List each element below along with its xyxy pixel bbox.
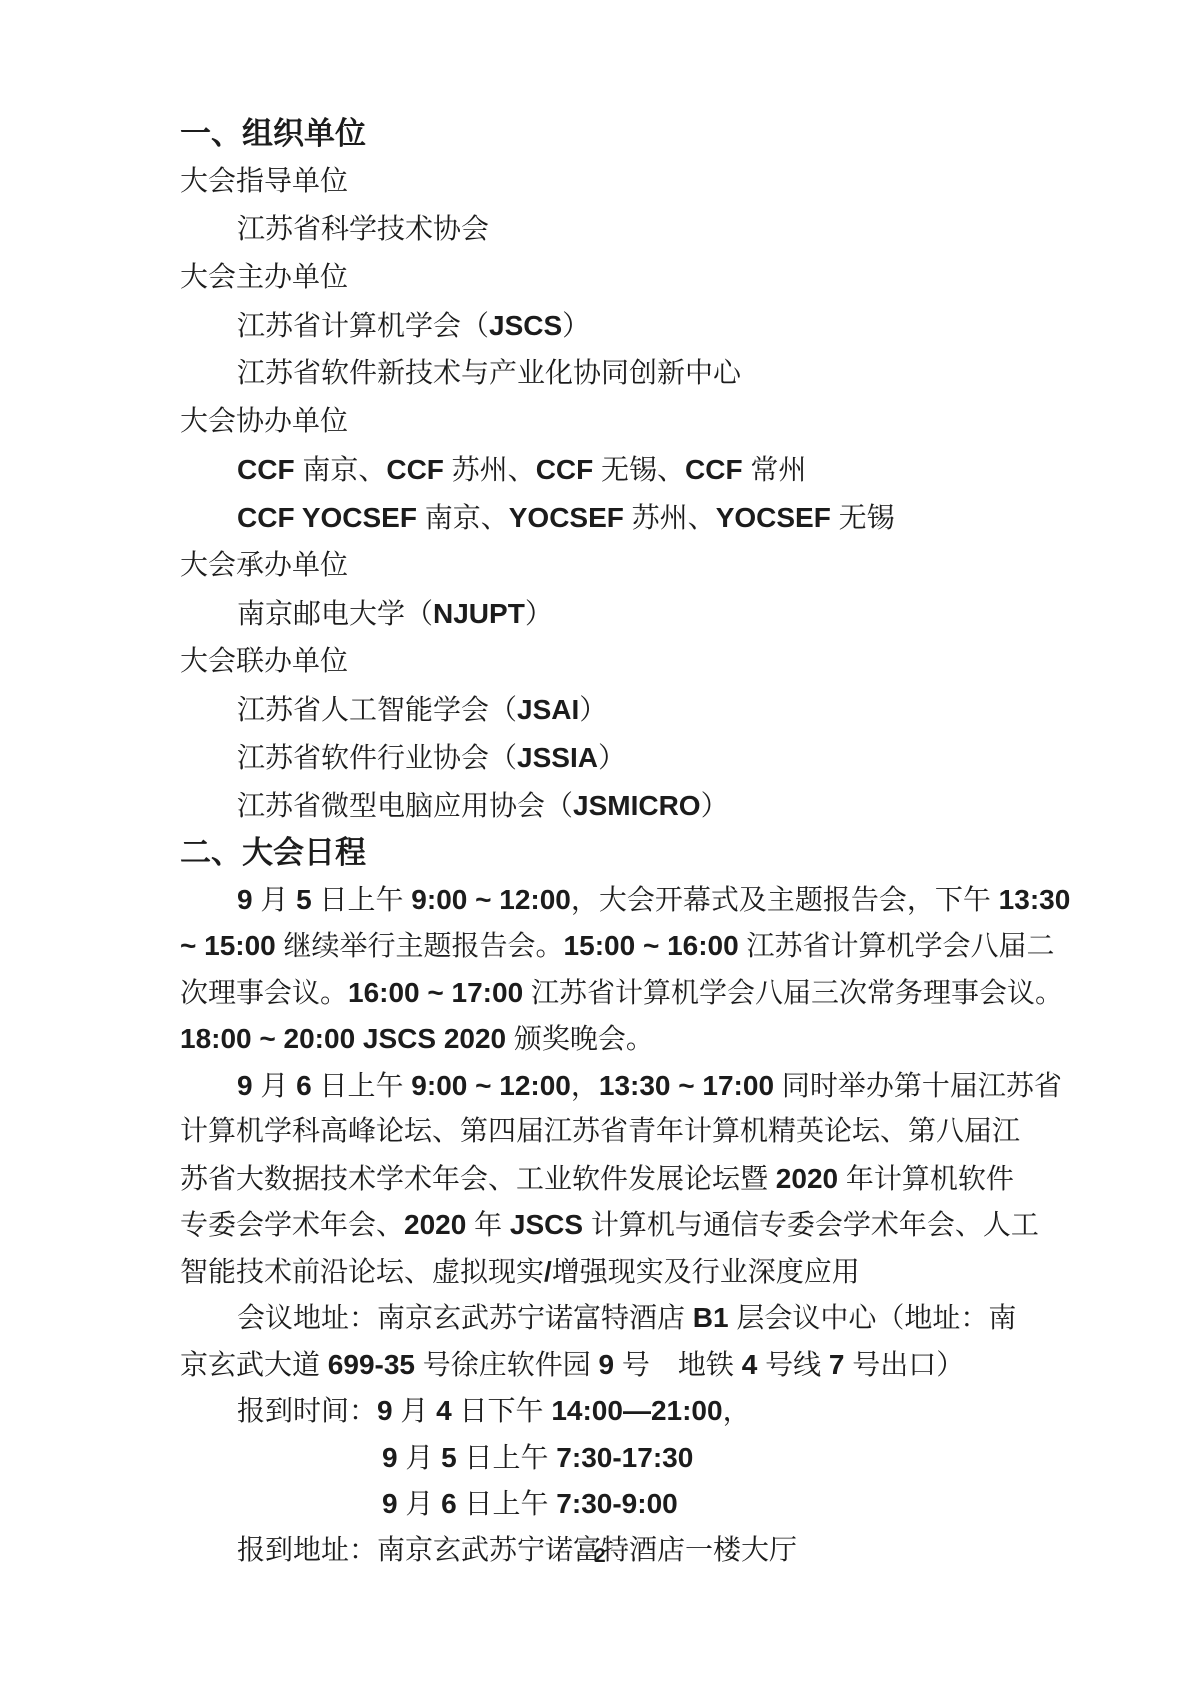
- latin-text: 2020: [768, 1163, 846, 1194]
- latin-text: 7:30-17:30: [549, 1442, 694, 1473]
- organization-name: 江苏省软件行业协会（JSSIA）: [180, 734, 1020, 782]
- section-heading-agenda: 二、大会日程: [180, 830, 1020, 877]
- unit-category-label: 大会承办单位: [180, 542, 1020, 590]
- page-content: 一、组织单位 大会指导单位 江苏省科学技术协会 大会主办单位 江苏省计算机学会（…: [180, 110, 1020, 1574]
- agenda-line: ~ 15:00 继续举行主题报告会。15:00 ~ 16:00 江苏省计算机学会…: [180, 923, 1020, 970]
- document-page: 一、组织单位 大会指导单位 江苏省科学技术协会 大会主办单位 江苏省计算机学会（…: [0, 0, 1200, 1696]
- latin-text: CCF: [685, 454, 750, 485]
- unit-category-label: 大会指导单位: [180, 158, 1020, 206]
- latin-text: CCF: [386, 454, 451, 485]
- organization-name: CCF 南京、CCF 苏州、CCF 无锡、CCF 常州: [180, 446, 1020, 494]
- latin-text: 5: [433, 1442, 464, 1473]
- latin-text: 699-35: [320, 1349, 423, 1380]
- latin-text: CCF: [536, 454, 601, 485]
- latin-text: 9:00 ~ 12:00: [404, 884, 571, 915]
- latin-text: JSCS: [489, 310, 562, 341]
- latin-text: 2: [594, 1545, 605, 1567]
- organization-name: 江苏省计算机学会（JSCS）: [180, 302, 1020, 350]
- latin-text: 9: [382, 1488, 405, 1519]
- latin-text: 4: [428, 1395, 459, 1426]
- unit-category-label: 大会联办单位: [180, 638, 1020, 686]
- latin-text: 9:00 ~ 12:00: [404, 1070, 571, 1101]
- agenda-line: 9 月 5 日上午 9:00 ~ 12:00，大会开幕式及主题报告会，下午 13…: [180, 877, 1020, 924]
- registration-time-line: 9 月 5 日上午 7:30-17:30: [180, 1435, 1020, 1482]
- latin-text: 6: [433, 1488, 464, 1519]
- latin-text: 9: [237, 884, 260, 915]
- unit-category-label: 大会协办单位: [180, 398, 1020, 446]
- latin-text: 9: [377, 1395, 400, 1426]
- organization-name: 江苏省科学技术协会: [180, 206, 1020, 254]
- latin-text: JSMICRO: [573, 790, 701, 821]
- latin-text: 5: [288, 884, 319, 915]
- latin-text: 7: [821, 1349, 852, 1380]
- organization-name: 南京邮电大学（NJUPT）: [180, 590, 1020, 638]
- latin-text: 16:00 ~ 17:00: [348, 977, 531, 1008]
- registration-time-line: 报到时间：9 月 4 日下午 14:00—21:00，: [180, 1388, 1020, 1435]
- latin-text: YOCSEF: [509, 502, 632, 533]
- latin-text: JSCS: [502, 1209, 591, 1240]
- latin-text: 9: [237, 1070, 260, 1101]
- agenda-line: 9 月 6 日上午 9:00 ~ 12:00，13:30 ~ 17:00 同时举…: [180, 1063, 1020, 1110]
- organization-name: 江苏省人工智能学会（JSAI）: [180, 686, 1020, 734]
- agenda-line: 计算机学科高峰论坛、第四届江苏省青年计算机精英论坛、第八届江: [180, 1109, 1020, 1156]
- latin-text: NJUPT: [433, 598, 525, 629]
- latin-text: /: [544, 1256, 552, 1287]
- latin-text: 7:30-9:00: [549, 1488, 678, 1519]
- organization-name: 江苏省微型电脑应用协会（JSMICRO）: [180, 782, 1020, 830]
- page-number: 2: [0, 1545, 1200, 1568]
- latin-text: 9: [382, 1442, 405, 1473]
- agenda-line: 18:00 ~ 20:00 JSCS 2020 颁奖晚会。: [180, 1016, 1020, 1063]
- venue-address-line: 京玄武大道 699-35 号徐庄软件园 9 号 地铁 4 号线 7 号出口）: [180, 1342, 1020, 1389]
- latin-text: 9: [591, 1349, 622, 1380]
- section-heading-organizers: 一、组织单位: [180, 110, 1020, 158]
- latin-text: JSSIA: [517, 742, 598, 773]
- latin-text: CCF YOCSEF: [237, 502, 425, 533]
- unit-category-label: 大会主办单位: [180, 254, 1020, 302]
- agenda-line: 次理事会议。16:00 ~ 17:00 江苏省计算机学会八届三次常务理事会议。: [180, 970, 1020, 1017]
- latin-text: 13:30: [991, 884, 1070, 915]
- latin-text: CCF: [237, 454, 302, 485]
- organization-name: CCF YOCSEF 南京、YOCSEF 苏州、YOCSEF 无锡: [180, 494, 1020, 542]
- venue-address-line: 会议地址：南京玄武苏宁诺富特酒店 B1 层会议中心（地址：南: [180, 1295, 1020, 1342]
- latin-text: 2020: [404, 1209, 474, 1240]
- agenda-line: 专委会学术年会、2020 年 JSCS 计算机与通信专委会学术年会、人工: [180, 1202, 1020, 1249]
- agenda-line: 智能技术前沿论坛、虚拟现实/增强现实及行业深度应用: [180, 1249, 1020, 1296]
- agenda-line: 苏省大数据技术学术年会、工业软件发展论坛暨 2020 年计算机软件: [180, 1156, 1020, 1203]
- latin-text: JSAI: [517, 694, 579, 725]
- latin-text: 6: [288, 1070, 319, 1101]
- latin-text: YOCSEF: [716, 502, 839, 533]
- latin-text: 14:00—21:00: [544, 1395, 723, 1426]
- organization-name: 江苏省软件新技术与产业化协同创新中心: [180, 350, 1020, 398]
- latin-text: ~ 15:00: [180, 930, 284, 961]
- latin-text: 13:30 ~ 17:00: [599, 1070, 782, 1101]
- registration-time-line: 9 月 6 日上午 7:30-9:00: [180, 1481, 1020, 1528]
- latin-text: 15:00 ~ 16:00: [564, 930, 747, 961]
- latin-text: 4: [734, 1349, 765, 1380]
- latin-text: B1: [685, 1302, 736, 1333]
- latin-text: 18:00 ~ 20:00 JSCS 2020: [180, 1023, 514, 1054]
